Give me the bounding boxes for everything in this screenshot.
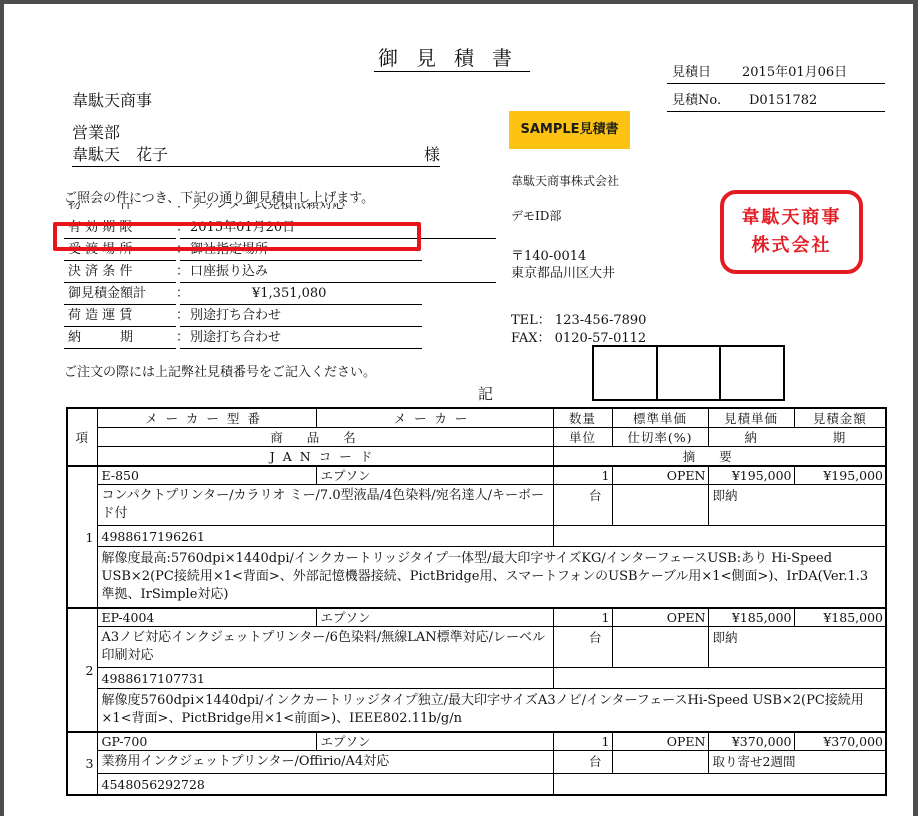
term-value: ¥1,351,080 — [252, 283, 326, 305]
order-note: ご注文の際には上記弊社見積番号をご記入ください。 — [64, 361, 376, 380]
item-est-price: ¥370,000 — [708, 732, 794, 751]
item-rate — [612, 485, 708, 526]
header-amount: 見積金額 — [794, 408, 886, 428]
seal-box — [594, 347, 658, 399]
item-unit: 台 — [553, 627, 612, 668]
header-std-price: 標準単価 — [612, 408, 708, 428]
quote-number-row: 見積No. D0151782 — [667, 90, 885, 112]
item-description: 解像度5760dpi×1440dpi/インクカートリッジタイプ独立/最大印字サイ… — [97, 689, 886, 733]
quote-date-label: 見積日 — [672, 62, 711, 84]
term-colon: ： — [176, 305, 189, 327]
item-model: E-850 — [97, 466, 316, 485]
item-delivery: 取り寄せ2週間 — [708, 751, 886, 774]
issuer-tel: TEL： 123-456-7890 — [511, 309, 646, 328]
item-product-name: コンパクトプリンター/カラリオ ミー/7.0型液晶/4色染料/宛名達人/キーボー… — [97, 485, 553, 526]
table-header-row: JANコード 摘要 — [67, 447, 886, 467]
term-value: プリンター式見積依頼対応 — [190, 203, 345, 212]
table-row: 解像度最高:5760dpi×1440dpi/インクカートリッジタイプ一体型/最大… — [67, 547, 886, 609]
term-value: 口座振り込み — [190, 261, 268, 283]
item-number: 2 — [67, 608, 97, 732]
client-person: 韋駄天 花子 — [72, 145, 168, 164]
term-row: 御見積金額計：¥1,351,080 — [64, 283, 504, 305]
item-maker: エプソン — [316, 466, 553, 485]
client-honorific: 様 — [424, 144, 440, 166]
item-amount: ¥370,000 — [794, 732, 886, 751]
item-amount: ¥185,000 — [794, 608, 886, 627]
item-description: 解像度最高:5760dpi×1440dpi/インクカートリッジタイプ一体型/最大… — [97, 547, 886, 609]
item-unit: 台 — [553, 751, 612, 774]
item-delivery: 即納 — [708, 627, 886, 668]
header-est-price: 見積単価 — [708, 408, 794, 428]
item-amount: ¥195,000 — [794, 466, 886, 485]
item-est-price: ¥185,000 — [708, 608, 794, 627]
header-delivery-b: 期 — [794, 428, 886, 447]
item-jan-code: 4988617107731 — [97, 668, 553, 689]
term-row: 納 期：別途打ち合わせ — [64, 327, 504, 349]
issuer-address: 東京都品川区大井 — [511, 262, 615, 281]
table-row: 1E-850エプソン1OPEN¥195,000¥195,000 — [67, 466, 886, 485]
term-colon: ： — [176, 261, 189, 283]
table-header-row: 項 メーカー型番 メーカー 数量 標準単価 見積単価 見積金額 — [67, 408, 886, 428]
table-header-row: 商品名 単位 仕切率(%) 納 期 — [67, 428, 886, 447]
header-jan: JANコード — [97, 447, 553, 467]
quote-number-value: D0151782 — [749, 90, 817, 112]
item-std-price: OPEN — [612, 608, 708, 627]
item-product-name: A3ノビ対応インクジェットプリンター/6色染料/無線LAN標準対応/レーベル印刷… — [97, 627, 553, 668]
approval-seal-boxes — [592, 345, 785, 401]
stamp-line-1: 韋駄天商事 — [724, 204, 859, 232]
header-unit: 単位 — [553, 428, 612, 447]
term-label: 物 件 — [68, 203, 168, 212]
item-maker: エプソン — [316, 732, 553, 751]
client-name-row: 韋駄天 花子 様 — [72, 144, 440, 167]
term-colon: ： — [176, 203, 189, 212]
item-qty: 1 — [553, 466, 612, 485]
item-unit: 台 — [553, 485, 612, 526]
table-row: 2EP-4004エプソン1OPEN¥185,000¥185,000 — [67, 608, 886, 627]
table-row: 4988617196261 — [67, 526, 886, 547]
header-item: 項 — [67, 408, 97, 466]
quote-date-value: 2015年01月06日 — [742, 62, 847, 84]
header-maker: メーカー — [316, 408, 553, 428]
term-colon: ： — [176, 327, 189, 349]
item-delivery: 即納 — [708, 485, 886, 526]
client-department: 営業部 — [72, 124, 120, 142]
seal-box — [658, 347, 722, 399]
table-row: 4548056292728 — [67, 774, 886, 796]
term-value: 別途打ち合わせ — [190, 305, 281, 327]
item-qty: 1 — [553, 608, 612, 627]
term-label: 御見積金額計 — [68, 283, 168, 305]
item-model: GP-700 — [97, 732, 316, 751]
table-row: A3ノビ対応インクジェットプリンター/6色染料/無線LAN標準対応/レーベル印刷… — [67, 627, 886, 668]
highlight-box-validity — [53, 222, 421, 251]
item-est-price: ¥195,000 — [708, 466, 794, 485]
table-row: コンパクトプリンター/カラリオ ミー/7.0型液晶/4色染料/宛名達人/キーボー… — [67, 485, 886, 526]
term-label: 決 済 条 件 — [68, 261, 168, 283]
header-model: メーカー型番 — [97, 408, 316, 428]
seal-box — [721, 347, 783, 399]
table-row: 3GP-700エプソン1OPEN¥370,000¥370,000 — [67, 732, 886, 751]
item-model: EP-4004 — [97, 608, 316, 627]
header-remarks: 摘要 — [553, 447, 886, 467]
issuer-company: 韋駄天商事株式会社 — [511, 172, 619, 189]
term-row: 物 件：プリンター式見積依頼対応 — [64, 203, 504, 217]
item-maker: エプソン — [316, 608, 553, 627]
client-company: 韋駄天商事 — [72, 88, 152, 111]
item-number: 1 — [67, 466, 97, 608]
item-qty: 1 — [553, 732, 612, 751]
quote-date-row: 見積日 2015年01月06日 — [667, 62, 885, 84]
term-label: 荷 造 運 賃 — [68, 305, 168, 327]
quote-number-label: 見積No. — [672, 90, 721, 112]
term-label: 納 期 — [68, 327, 168, 349]
ki-heading: 記 — [478, 383, 493, 404]
header-delivery-a: 納 — [708, 428, 794, 447]
item-product-name: 業務用インクジェットプリンター/Offirio/A4対応 — [97, 751, 553, 774]
item-jan-code: 4548056292728 — [97, 774, 553, 796]
item-number: 3 — [67, 732, 97, 795]
table-row: 解像度5760dpi×1440dpi/インクカートリッジタイプ独立/最大印字サイ… — [67, 689, 886, 733]
term-colon: ： — [176, 283, 189, 305]
quote-document-page: 御見積書 見積日 2015年01月06日 見積No. D0151782 韋駄天商… — [4, 4, 913, 816]
header-rate: 仕切率(%) — [612, 428, 708, 447]
item-rate — [612, 627, 708, 668]
item-std-price: OPEN — [612, 732, 708, 751]
item-remarks — [553, 774, 886, 796]
issuer-department: デモID部 — [511, 207, 561, 224]
term-value: 別途打ち合わせ — [190, 327, 281, 349]
header-product-name: 商品名 — [97, 428, 553, 447]
term-row: 決 済 条 件：口座振り込み — [64, 261, 504, 283]
sample-badge: SAMPLE見積書 — [509, 111, 630, 149]
term-row: 荷 造 運 賃：別途打ち合わせ — [64, 305, 504, 327]
issuer-fax: FAX： 0120-57-0112 — [511, 327, 646, 346]
company-seal-stamp: 韋駄天商事 株式会社 — [720, 190, 863, 274]
stamp-line-2: 株式会社 — [724, 232, 859, 260]
table-row: 業務用インクジェットプリンター/Offirio/A4対応台取り寄せ2週間 — [67, 751, 886, 774]
table-row: 4988617107731 — [67, 668, 886, 689]
items-table: 項 メーカー型番 メーカー 数量 標準単価 見積単価 見積金額 商品名 単位 仕… — [66, 407, 887, 796]
header-qty: 数量 — [553, 408, 612, 428]
item-rate — [612, 751, 708, 774]
item-remarks — [553, 668, 886, 689]
item-jan-code: 4988617196261 — [97, 526, 553, 547]
item-remarks — [553, 526, 886, 547]
item-std-price: OPEN — [612, 466, 708, 485]
document-title: 御見積書 — [374, 46, 530, 72]
